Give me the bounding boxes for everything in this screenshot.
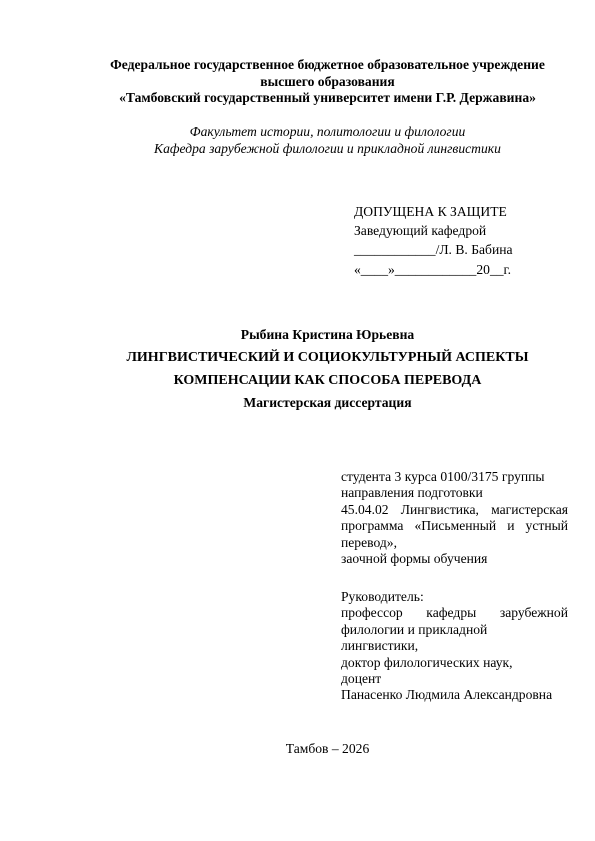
thesis-title-line-2: КОМПЕНСАЦИИ КАК СПОСОБА ПЕРЕВОДА [60,369,595,392]
supervisor-line-2: филологии и прикладной [341,622,568,638]
student-line-6: заочной формы обучения [341,551,568,567]
supervisor-block: Руководитель: профессор кафедры зарубежн… [341,589,568,704]
student-info-block: студента 3 курса 0100/3175 группы направ… [341,469,568,567]
supervisor-label: Руководитель: [341,589,568,605]
approval-role: Заведующий кафедрой [354,221,574,240]
institution-header: Федеральное государственное бюджетное об… [60,57,595,107]
supervisor-name: Панасенко Людмила Александровна [341,687,568,703]
author-name: Рыбина Кристина Юрьевна [60,324,595,346]
supervisor-line-5: доцент [341,671,568,687]
faculty-name: Факультет истории, политологии и филолог… [60,123,595,140]
thesis-title-block: Рыбина Кристина Юрьевна ЛИНГВИСТИЧЕСКИЙ … [60,324,595,414]
thesis-title-line-1: ЛИНГВИСТИЧЕСКИЙ И СОЦИОКУЛЬТУРНЫЙ АСПЕКТ… [60,346,595,369]
supervisor-line-4: доктор филологических наук, [341,655,568,671]
institution-line-1: Федеральное государственное бюджетное об… [60,57,595,74]
student-line-1: студента 3 курса 0100/3175 группы [341,469,568,485]
student-line-2: направления подготовки [341,485,568,501]
title-page: Федеральное государственное бюджетное об… [0,0,595,841]
institution-line-3: «Тамбовский государственный университет … [60,90,595,107]
student-line-4: программа «Письменный и устный [341,518,568,534]
supervisor-line-3: лингвистики, [341,638,568,654]
approval-block: ДОПУЩЕНА К ЗАЩИТЕ Заведующий кафедрой __… [354,202,574,279]
thesis-type: Магистерская диссертация [60,392,595,414]
department-name: Кафедра зарубежной филологии и прикладно… [60,140,595,157]
approval-stamp: ДОПУЩЕНА К ЗАЩИТЕ [354,202,574,221]
city-year: Тамбов – 2026 [60,740,595,757]
student-line-3: 45.04.02 Лингвистика, магистерская [341,502,568,518]
approval-signature-line: ____________/Л. В. Бабина [354,240,574,259]
faculty-block: Факультет истории, политологии и филолог… [60,123,595,157]
student-line-5: перевод», [341,535,568,551]
institution-line-2: высшего образования [60,74,595,91]
supervisor-line-1: профессор кафедры зарубежной [341,605,568,621]
approval-date-line: «____»____________20__г. [354,260,574,279]
